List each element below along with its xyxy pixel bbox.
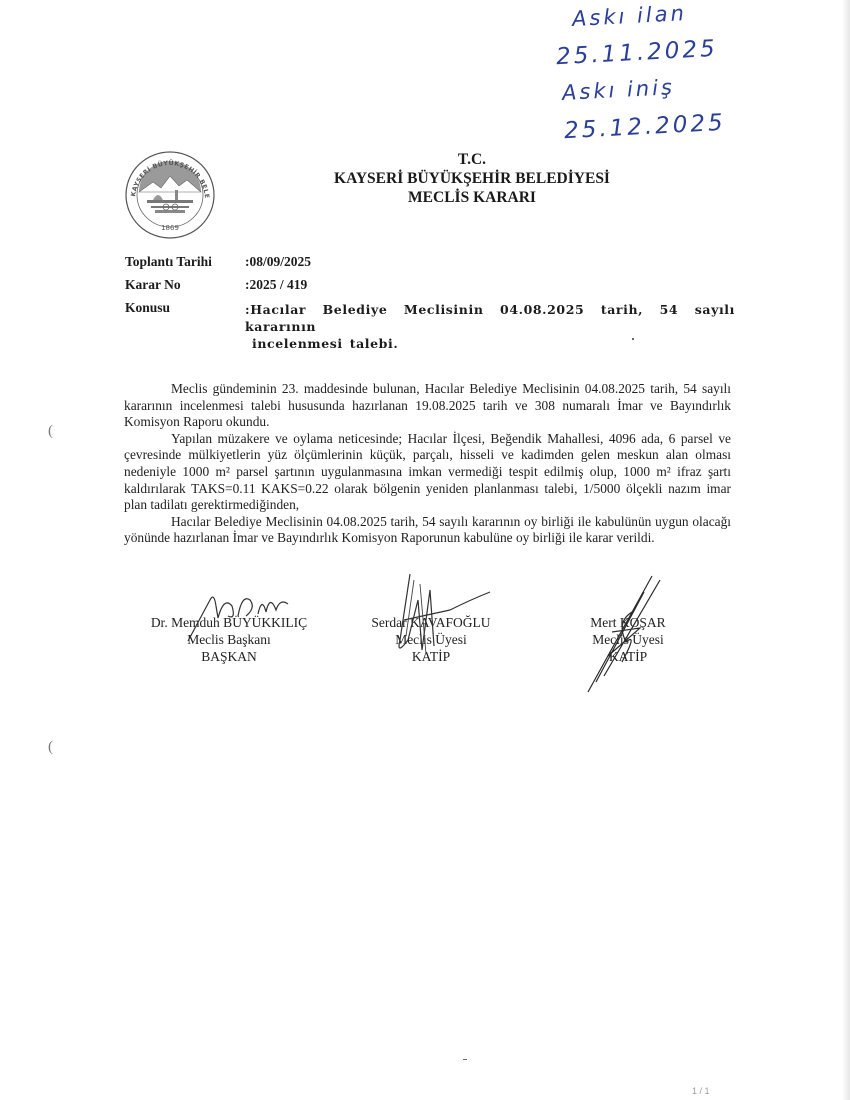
decision-no-value: :2025 / 419 (245, 277, 735, 293)
header-municipality: KAYSERİ BÜYÜKŞEHİR BELEDİYESİ (300, 169, 644, 188)
scan-speck (632, 338, 634, 340)
page-indicator: 1 / 1 (692, 1086, 710, 1096)
subject-line-1: :Hacılar Belediye Meclisinin 04.08.2025 … (245, 302, 735, 334)
signature-block-clerk-2: Mert KOŞAR Meclis Üyesi KATİP (576, 614, 680, 665)
body-paragraph: Yapılan müzakere ve oylama neticesinde; … (124, 431, 731, 514)
decision-meta: Toplantı Tarihi :08/09/2025 Karar No :20… (125, 254, 735, 323)
decision-no-label: Karar No (125, 277, 245, 293)
signature-block-chairman: Dr. Memduh BÜYÜKKILIÇ Meclis Başkanı BAŞ… (138, 614, 320, 665)
signatory-role: KATİP (358, 648, 504, 665)
handwritten-posting-label: Askı ilan (571, 1, 687, 31)
punch-mark: ( (48, 423, 53, 440)
signatory-title: Meclis Üyesi (576, 631, 680, 648)
meeting-date-value: :08/09/2025 (245, 254, 735, 270)
meta-row-subject: Konusu :Hacılar Belediye Meclisinin 04.0… (125, 300, 735, 323)
handwritten-removal-date: 25.12.2025 (563, 110, 726, 144)
meta-row-decision-no: Karar No :2025 / 419 (125, 277, 735, 300)
handwritten-posting-date: 25.11.2025 (555, 36, 718, 70)
scan-edge-shadow (842, 0, 850, 1100)
header-document-type: MECLİS KARARI (300, 188, 644, 207)
svg-text:1869: 1869 (161, 224, 179, 232)
body-paragraph: Meclis gündeminin 23. maddesinde bulunan… (124, 381, 731, 431)
signatory-name: Serdar KAVAFOĞLU (358, 614, 504, 631)
signatory-title: Meclis Başkanı (138, 631, 320, 648)
signatory-name: Dr. Memduh BÜYÜKKILIÇ (138, 614, 320, 631)
document-header: T.C. KAYSERİ BÜYÜKŞEHİR BELEDİYESİ MECLİ… (300, 150, 644, 207)
handwritten-removal-label: Askı iniş (561, 75, 675, 105)
meeting-date-label: Toplantı Tarihi (125, 254, 245, 270)
subject-line-2: incelenmesi talebi. (245, 335, 735, 352)
decision-body: Meclis gündeminin 23. maddesinde bulunan… (124, 381, 731, 547)
scan-speck (463, 1059, 467, 1060)
header-republic: T.C. (300, 150, 644, 169)
municipality-emblem-icon: KAYSERİ BÜYÜKŞEHİR BELEDİYESİ 1869 (123, 150, 217, 240)
signatory-role: BAŞKAN (138, 648, 320, 665)
meta-row-meeting-date: Toplantı Tarihi :08/09/2025 (125, 254, 735, 277)
subject-value: :Hacılar Belediye Meclisinin 04.08.2025 … (245, 300, 735, 352)
subject-label: Konusu (125, 300, 245, 316)
body-paragraph: Hacılar Belediye Meclisinin 04.08.2025 t… (124, 514, 731, 547)
signatory-role: KATİP (576, 648, 680, 665)
punch-mark: ( (48, 739, 53, 756)
signatory-title: Meclis Üyesi (358, 631, 504, 648)
signatory-name: Mert KOŞAR (576, 614, 680, 631)
signature-block-clerk-1: Serdar KAVAFOĞLU Meclis Üyesi KATİP (358, 614, 504, 665)
